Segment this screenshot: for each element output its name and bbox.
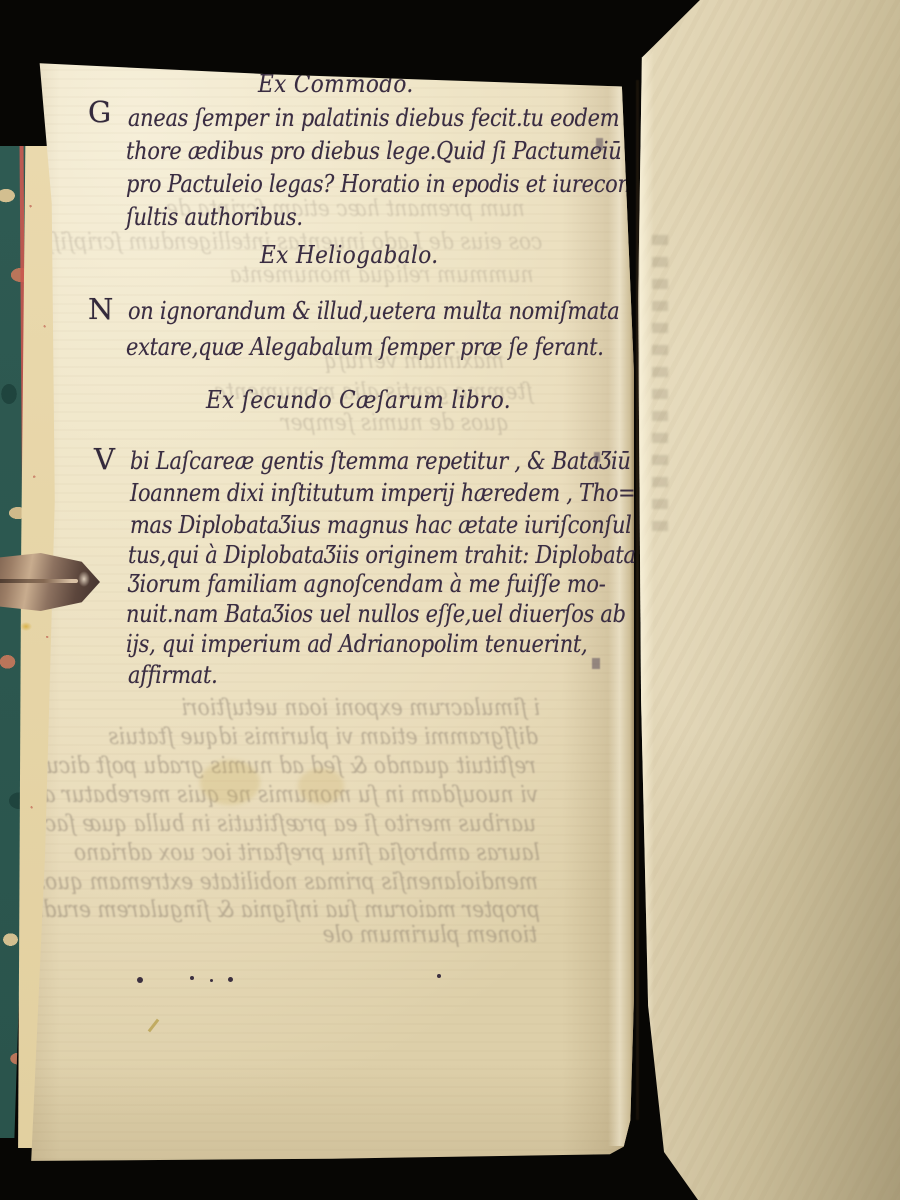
- book-photograph: num premant hæc etiam ſcripta de cos eiu…: [0, 0, 900, 1200]
- body-line: on ignorandum & illud,uetera multa nomiſ…: [128, 297, 619, 326]
- facing-page: [630, 0, 900, 1200]
- body-line: thore ædibus pro diebus lege.Quid ſi Pac…: [126, 137, 621, 166]
- drop-cap-n: N: [88, 295, 113, 324]
- body-line: aneas ſemper in palatinis diebus fecit.t…: [128, 104, 668, 133]
- showthrough-line: uaribus merito ſi ea præſtitutis in bull…: [96, 811, 536, 839]
- ink-dot: [210, 979, 213, 982]
- showthrough-line: tionem plurimum ole: [203, 922, 537, 950]
- gutter-shadow: [636, 80, 639, 1120]
- clasp-gold-glint: [20, 622, 32, 631]
- body-line: ſultis authoribus.: [126, 203, 303, 232]
- facing-page-ghost-marks: [652, 235, 668, 535]
- body-line: Ioannem dixi inſtitutum imperij hæredem …: [130, 479, 635, 508]
- paper-scratch: [148, 1019, 160, 1033]
- paper-stain: [298, 768, 344, 804]
- body-line: affirmat.: [128, 661, 218, 690]
- drop-cap-g: G: [88, 98, 111, 127]
- body-line: Ʒiorum familiam agnoſcendam à me fuiſſe …: [128, 570, 605, 599]
- margin-speck: [596, 138, 603, 150]
- body-line: extare,quæ Alegabalum ſemper præ ſe fera…: [126, 333, 604, 362]
- body-line: bi Laſcareæ gentis ſtemma repetitur , & …: [130, 447, 631, 476]
- showthrough-line: i ſimulacrum exponi ioan uetuſtiori: [100, 695, 540, 723]
- section-heading-heliogabalo: Ex Heliogabalo.: [260, 241, 438, 270]
- margin-speck: [592, 658, 600, 669]
- text-page: num premant hæc etiam ſcripta de cos eiu…: [30, 60, 634, 1162]
- ink-dot: [437, 974, 441, 978]
- clasp-ridge: [0, 579, 78, 583]
- section-heading-commodo: Ex Commodo.: [258, 70, 414, 99]
- paper-stain: [200, 760, 260, 805]
- drop-cap-v: V: [94, 445, 115, 474]
- body-line: ijs, qui imperium ad Adrianopolim tenuer…: [126, 630, 587, 659]
- body-line: tus,qui à DiplobataƷiis originem trahit:…: [128, 541, 636, 570]
- showthrough-line: diſſgrammi etiam vi plurimis idque ſtatu…: [98, 724, 538, 752]
- body-line: pro Pactuleio legas? Horatio in epodis e…: [126, 170, 648, 199]
- clasp-highlight: [78, 571, 90, 587]
- body-line: nuit.nam BataƷios uel nullos eſſe,uel di…: [126, 600, 626, 629]
- ink-dot: [228, 977, 233, 982]
- showthrough-line: propter maiorum ſua inſignia & ſingulare…: [100, 897, 540, 925]
- ink-dot: [137, 977, 143, 983]
- ink-dot: [190, 976, 194, 980]
- facing-page-fore-edge: [638, 42, 654, 1154]
- body-line: mas DiplobataƷius magnus hac ætate iuriſ…: [130, 511, 632, 540]
- showthrough-line: lauras ambroſia ſinu preſtarit ioc uox a…: [100, 840, 540, 868]
- margin-speck: [594, 452, 600, 462]
- section-heading-caesarum: Ex ſecundo Cæſarum libro.: [206, 386, 511, 415]
- showthrough-line: mendiolanenſis primas nobilitate extrema…: [98, 869, 538, 897]
